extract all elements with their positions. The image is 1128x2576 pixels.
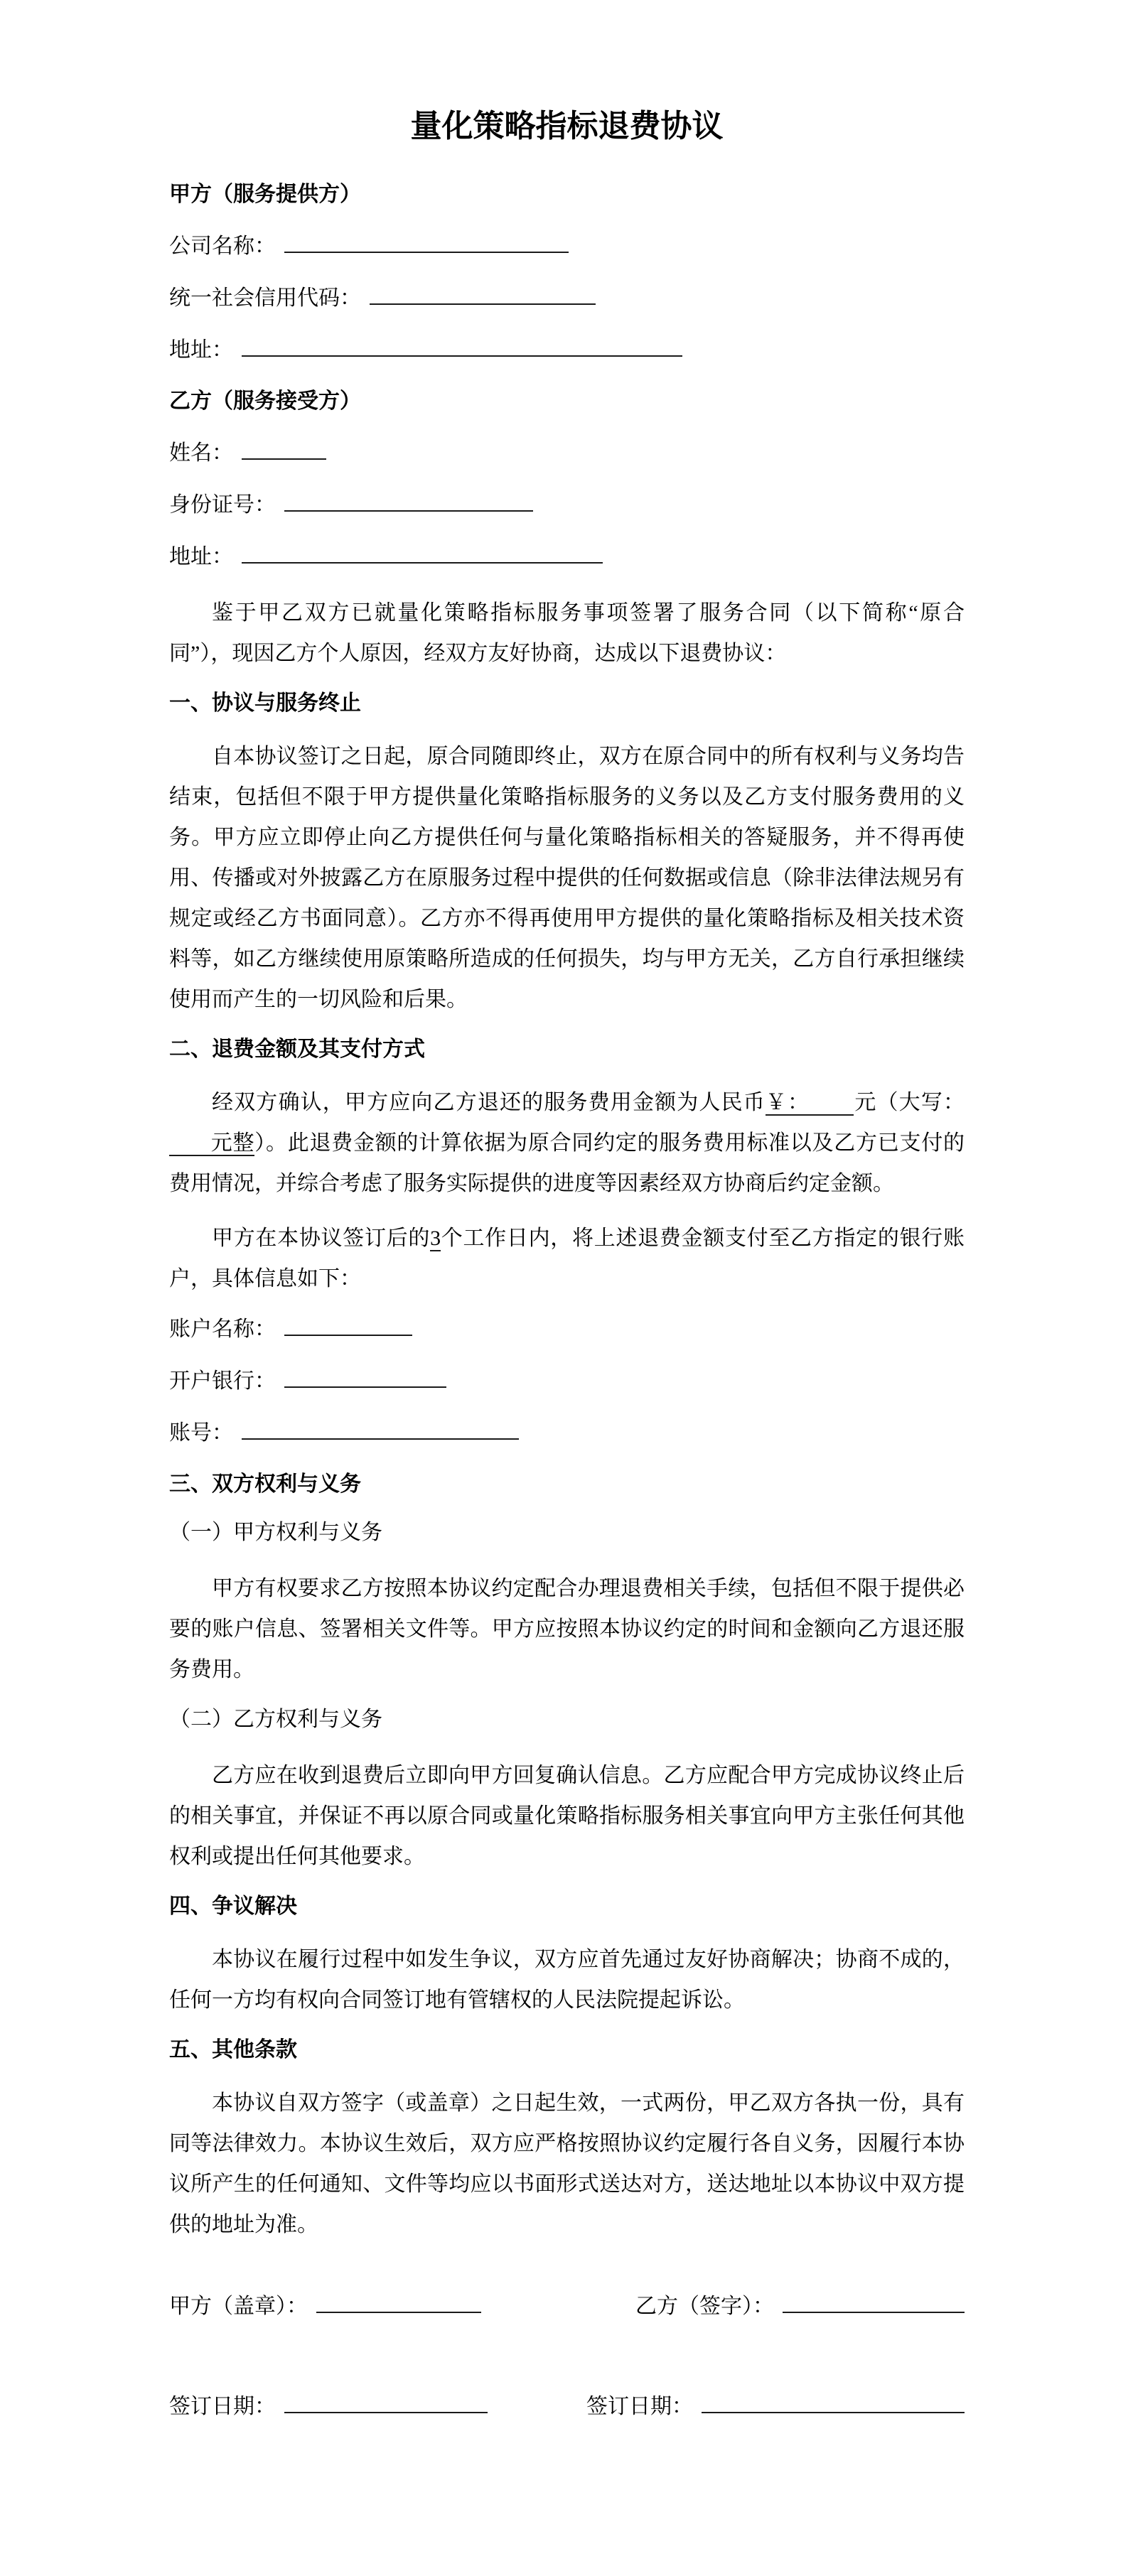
- section-3-heading: 三、双方权利与义务: [169, 1469, 965, 1500]
- account-name-blank[interactable]: [284, 1313, 412, 1336]
- party-a-signature-label: 甲方（盖章）：: [169, 2295, 308, 2318]
- currency-underlined-segment: ￥：: [766, 1091, 854, 1116]
- party-b-date: 签订日期：: [586, 2391, 965, 2423]
- amount-words-blank[interactable]: [169, 1147, 210, 1150]
- section-3-subheading-2: （二）乙方权利与义务: [169, 1704, 965, 1735]
- field-bank: 开户银行：: [169, 1365, 965, 1397]
- amount-words-underlined-segment: 元整: [169, 1131, 254, 1156]
- contract-document-page: 量化策略指标退费协议 甲方（服务提供方） 公司名称： 统一社会信用代码： 地址：…: [0, 0, 1128, 2576]
- credit-code-label: 统一社会信用代码：: [169, 286, 361, 310]
- section-5-paragraph: 本协议自双方签字（或盖章）之日起生效，一式两份，甲乙双方各执一份，具有同等法律效…: [169, 2083, 965, 2245]
- bank-blank[interactable]: [284, 1365, 446, 1388]
- party-a-signature: 甲方（盖章）：: [169, 2290, 481, 2322]
- id-number-blank[interactable]: [284, 489, 533, 512]
- bank-label: 开户银行：: [169, 1369, 276, 1393]
- company-name-label: 公司名称：: [169, 235, 276, 258]
- amount-text-mid: 元（大写：: [854, 1091, 965, 1114]
- field-credit-code: 统一社会信用代码：: [169, 282, 965, 314]
- section-4-heading: 四、争议解决: [169, 1891, 965, 1922]
- document-title: 量化策略指标退费协议: [169, 105, 965, 148]
- party-a-address-blank[interactable]: [242, 334, 682, 357]
- company-name-blank[interactable]: [284, 230, 569, 253]
- party-b-address-blank[interactable]: [242, 541, 603, 564]
- party-a-heading: 甲方（服务提供方）: [169, 179, 965, 210]
- party-a-date-blank[interactable]: [284, 2391, 488, 2413]
- party-b-signature-label: 乙方（签字）：: [635, 2295, 774, 2318]
- party-b-date-blank[interactable]: [702, 2391, 965, 2413]
- id-number-label: 身份证号：: [169, 493, 276, 517]
- account-name-label: 账户名称：: [169, 1317, 276, 1341]
- field-party-a-address: 地址：: [169, 334, 965, 366]
- amount-words-suffix: 元整: [210, 1131, 254, 1155]
- section-2-paragraph-payment: 甲方在本协议签订后的3个工作日内，将上述退费金额支付至乙方指定的银行账户，具体信…: [169, 1218, 965, 1299]
- section-1-paragraph: 自本协议签订之日起，原合同随即终止，双方在原合同中的所有权利与义务均告结束，包括…: [169, 736, 965, 1020]
- party-a-signature-blank[interactable]: [316, 2290, 481, 2313]
- party-b-address-label: 地址：: [169, 545, 233, 568]
- section-2-heading: 二、退费金额及其支付方式: [169, 1034, 965, 1065]
- signature-row: 甲方（盖章）： 乙方（签字）：: [169, 2290, 965, 2322]
- party-b-date-label: 签订日期：: [586, 2395, 693, 2418]
- amount-blank[interactable]: [810, 1106, 854, 1109]
- intro-paragraph: 鉴于甲乙双方已就量化策略指标服务事项签署了服务合同（以下简称“原合同”），现因乙…: [169, 593, 965, 674]
- account-number-blank[interactable]: [242, 1417, 519, 1440]
- amount-text-after: ）。此退费金额的计算依据为原合同约定的服务费用标准以及乙方已支付的费用情况，并综…: [169, 1131, 965, 1195]
- date-row: 签订日期： 签订日期：: [169, 2391, 965, 2423]
- field-party-b-address: 地址：: [169, 541, 965, 573]
- party-b-signature-blank[interactable]: [783, 2290, 965, 2313]
- section-3-paragraph-party-b: 乙方应在收到退费后立即向甲方回复确认信息。乙方应配合甲方完成协议终止后的相关事宜…: [169, 1755, 965, 1877]
- amount-text-before: 经双方确认，甲方应向乙方退还的服务费用金额为人民币: [212, 1091, 766, 1114]
- party-a-date: 签订日期：: [169, 2391, 488, 2423]
- working-days-value: 3: [430, 1227, 441, 1251]
- field-account-number: 账号：: [169, 1417, 965, 1449]
- section-3-paragraph-party-a: 甲方有权要求乙方按照本协议约定配合办理退费相关手续，包括但不限于提供必要的账户信…: [169, 1568, 965, 1690]
- section-5-heading: 五、其他条款: [169, 2035, 965, 2066]
- field-company-name: 公司名称：: [169, 230, 965, 262]
- name-blank[interactable]: [242, 437, 326, 460]
- name-label: 姓名：: [169, 441, 233, 465]
- currency-symbol: ￥：: [766, 1091, 810, 1114]
- credit-code-blank[interactable]: [370, 282, 596, 305]
- field-name: 姓名：: [169, 437, 965, 469]
- payment-text-before: 甲方在本协议签订后的: [212, 1227, 430, 1250]
- account-number-label: 账号：: [169, 1421, 233, 1445]
- party-b-signature: 乙方（签字）：: [635, 2290, 965, 2322]
- section-4-paragraph: 本协议在履行过程中如发生争议，双方应首先通过友好协商解决；协商不成的，任何一方均…: [169, 1939, 965, 2020]
- party-a-address-label: 地址：: [169, 338, 233, 362]
- party-b-heading: 乙方（服务接受方）: [169, 386, 965, 417]
- field-id-number: 身份证号：: [169, 489, 965, 521]
- party-a-date-label: 签订日期：: [169, 2395, 276, 2418]
- section-3-subheading-1: （一）甲方权利与义务: [169, 1517, 965, 1548]
- section-1-heading: 一、协议与服务终止: [169, 688, 965, 719]
- field-account-name: 账户名称：: [169, 1313, 965, 1345]
- section-2-paragraph-amount: 经双方确认，甲方应向乙方退还的服务费用金额为人民币￥：元（大写：元整）。此退费金…: [169, 1082, 965, 1204]
